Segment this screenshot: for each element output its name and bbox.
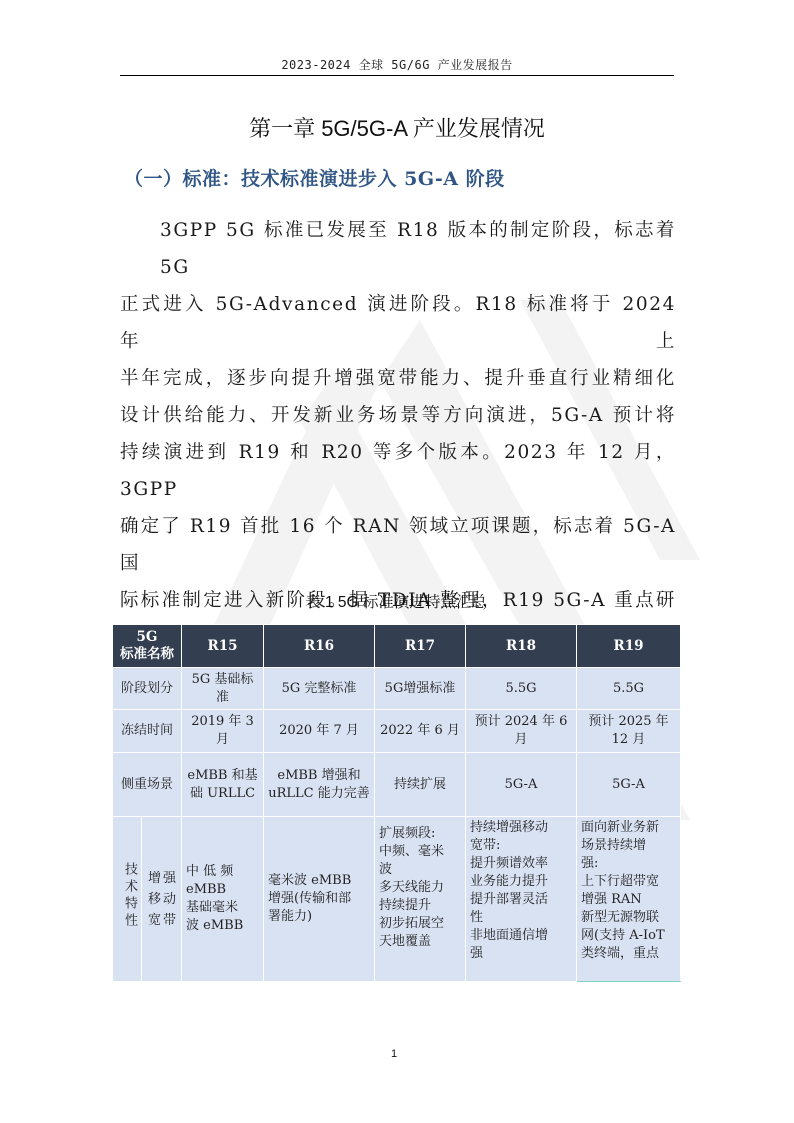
table-cell: 5.5G: [466, 668, 577, 710]
tech-sub-label: 增强移动宽带: [142, 817, 182, 982]
tech-cell-r15: 中 低 频 eMBB 基础毫米 波 eMBB: [182, 817, 264, 982]
table-row-tech: 技术特性 增强移动宽带 中 低 频 eMBB 基础毫米 波 eMBB 毫米波 e…: [113, 817, 681, 982]
table-cell: 5G 基础标准: [182, 668, 264, 710]
table-row: 阶段划分 5G 基础标准 5G 完整标准 5G增强标准 5.5G 5.5G: [113, 668, 681, 710]
row-label: 冻结时间: [113, 710, 182, 753]
table-row: 侧重场景 eMBB 和基础 URLLC eMBB 增强和 uRLLC 能力完善 …: [113, 753, 681, 817]
table-header-row: 5G 标准名称 R15 R16 R17 R18 R19: [113, 625, 681, 668]
page-number: 1: [391, 1048, 397, 1060]
table-caption: 表 1 5G 标准演进特点汇总: [112, 590, 680, 612]
table-cell: 2019 年 3 月: [182, 710, 264, 753]
running-header: 2023-2024 全球 5G/6G 产业发展报告: [120, 56, 674, 73]
table-cell: 持续扩展: [375, 753, 466, 817]
table-cell: 2020 年 7 月: [264, 710, 375, 753]
body-line: 确定了 R19 首批 16 个 RAN 领域立项课题，标志着 5G-A 国: [120, 508, 676, 582]
header-r19: R19: [577, 625, 681, 668]
table-cell: 5G-A: [466, 753, 577, 817]
section-heading: （一）标准：技术标准演进步入 5G-A 阶段: [124, 164, 505, 191]
table-cell: 预计 2025 年 12 月: [577, 710, 681, 753]
body-line: 半年完成，逐步向提升增强宽带能力、提升垂直行业精细化: [120, 360, 676, 397]
tech-cell-r16: 毫米波 eMBB 增强(传输和部 署能力): [264, 817, 375, 982]
tech-group-label: 技术特性: [113, 817, 142, 982]
header-r18: R18: [466, 625, 577, 668]
header-r16: R16: [264, 625, 375, 668]
tech-cell-r17: 扩展频段: 中频、毫米 波 多天线能力 持续提升 初步拓展空 天地覆盖: [375, 817, 466, 982]
tech-cell-r18: 持续增强移动 宽带: 提升频谱效率 业务能力提升 提升部署灵活 性 非地面通信增…: [466, 817, 577, 982]
tech-cell-r19: 面向新业务新 场景持续增 强: 上下行超带宽 增强 RAN 新型无源物联 网(支…: [577, 817, 681, 982]
body-line: 3GPP 5G 标准已发展至 R18 版本的制定阶段，标志着 5G: [120, 212, 676, 286]
table-cell: 5G 完整标准: [264, 668, 375, 710]
table-cell: eMBB 增强和 uRLLC 能力完善: [264, 753, 375, 817]
row-label: 侧重场景: [113, 753, 182, 817]
header-r15: R15: [182, 625, 264, 668]
body-line: 持续演进到 R19 和 R20 等多个版本。2023 年 12 月，3GPP: [120, 434, 676, 508]
table-cell: 预计 2024 年 6 月: [466, 710, 577, 753]
header-divider: [120, 75, 674, 76]
row-label: 阶段划分: [113, 668, 182, 710]
table-cell: 5G-A: [577, 753, 681, 817]
header-r17: R17: [375, 625, 466, 668]
body-line: 设计供给能力、开发新业务场景等方向演进，5G-A 预计将: [120, 397, 676, 434]
table-cell: 2022 年 6 月: [375, 710, 466, 753]
header-standard-name: 5G 标准名称: [113, 625, 182, 668]
5g-standards-table: 5G 标准名称 R15 R16 R17 R18 R19 阶段划分 5G 基础标准…: [112, 624, 681, 982]
body-line: 正式进入 5G-Advanced 演进阶段。R18 标准将于 2024 年上: [120, 286, 676, 360]
chapter-title: 第一章 5G/5G-A 产业发展情况: [120, 112, 674, 143]
table-row: 冻结时间 2019 年 3 月 2020 年 7 月 2022 年 6 月 预计…: [113, 710, 681, 753]
table-cell: 5G增强标准: [375, 668, 466, 710]
table-cell: eMBB 和基础 URLLC: [182, 753, 264, 817]
table-cell: 5.5G: [577, 668, 681, 710]
